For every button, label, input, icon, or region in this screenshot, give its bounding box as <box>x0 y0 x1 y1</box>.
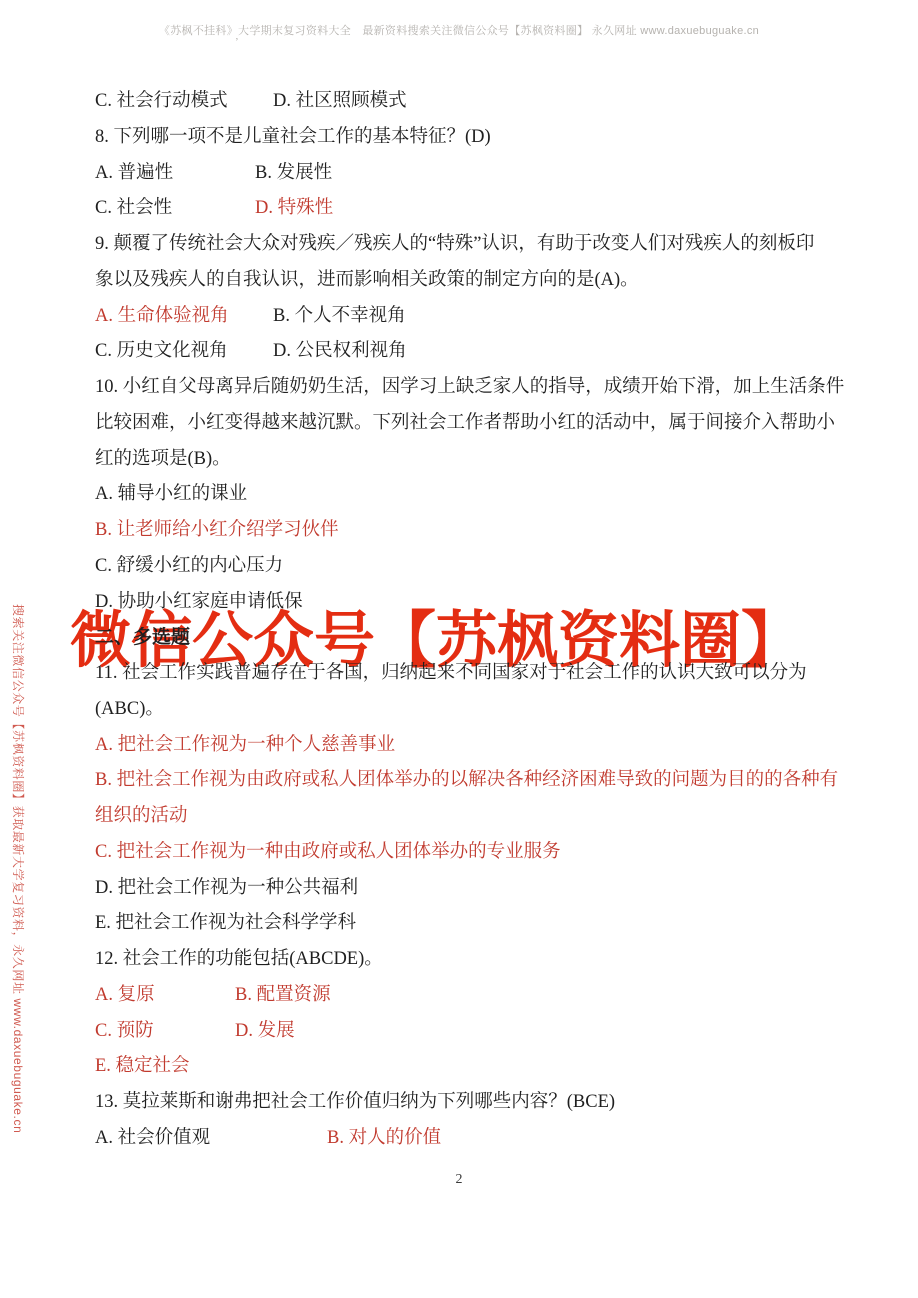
text-line: B. 把社会工作视为由政府或私人团体举办的以解决各种经济困难导致的问题为目的的各… <box>95 763 857 799</box>
text-segment: C. 舒缓小红的内心压力 <box>95 549 283 585</box>
text-segment: 红的选项是(B)。 <box>95 442 231 478</box>
text-line: C. 社会性D. 特殊性 <box>95 191 857 227</box>
text-line: 10. 小红自父母离异后随奶奶生活，因学习上缺乏家人的指导，成绩开始下滑，加上生… <box>95 370 857 406</box>
page-number: 2 <box>456 1172 463 1187</box>
side-watermark-note: 搜索关注微信公众号【苏枫资料圈】获取最新大学复习资料，永久网址 www.daxu… <box>10 604 27 1133</box>
text-segment: 11. 社会工作实践普遍存在于各国，归纳起来不同国家对于社会工作的认识大致可以分… <box>95 656 807 692</box>
text-segment: 12. 社会工作的功能包括(ABCDE)。 <box>95 942 383 978</box>
text-segment: 二、多选题 <box>95 620 190 656</box>
text-line: D. 协助小红家庭申请低保 <box>95 585 857 621</box>
text-segment: D. 社区照顾模式 <box>273 84 407 120</box>
text-line: 12. 社会工作的功能包括(ABCDE)。 <box>95 942 857 978</box>
text-line: D. 把社会工作视为一种公共福利 <box>95 871 857 907</box>
text-segment: D. 把社会工作视为一种公共福利 <box>95 871 358 907</box>
text-segment: A. 复原 <box>95 978 235 1014</box>
text-segment: C. 把社会工作视为一种由政府或私人团体举办的专业服务 <box>95 835 561 871</box>
text-line: 二、多选题 <box>95 620 857 656</box>
stray-mark: ’ <box>235 36 239 48</box>
text-segment: B. 发展性 <box>255 156 332 192</box>
text-segment: 8. 下列哪一项不是儿童社会工作的基本特征？(D) <box>95 120 491 156</box>
text-segment: 组织的活动 <box>95 799 188 835</box>
text-segment: E. 稳定社会 <box>95 1049 190 1085</box>
text-line: A. 生命体验视角B. 个人不幸视角 <box>95 299 857 335</box>
text-segment: B. 让老师给小红介绍学习伙伴 <box>95 513 339 549</box>
text-segment: D. 发展 <box>235 1014 295 1050</box>
text-segment: A. 社会价值观 <box>95 1121 327 1157</box>
text-line: C. 预防D. 发展 <box>95 1014 857 1050</box>
text-segment: C. 社会行动模式 <box>95 84 273 120</box>
text-line: 组织的活动 <box>95 799 857 835</box>
text-segment: D. 公民权利视角 <box>273 334 407 370</box>
text-segment: 比较困难，小红变得越来越沉默。下列社会工作者帮助小红的活动中，属于间接介入帮助小 <box>95 406 835 442</box>
text-line: 红的选项是(B)。 <box>95 442 857 478</box>
page-header: 《苏枫不挂科》大学期末复习资料大全 最新资料搜索关注微信公众号【苏枫资料圈】 永… <box>0 22 918 38</box>
text-line: E. 把社会工作视为社会科学学科 <box>95 906 857 942</box>
text-line: 11. 社会工作实践普遍存在于各国，归纳起来不同国家对于社会工作的认识大致可以分… <box>95 656 857 692</box>
text-segment: C. 历史文化视角 <box>95 334 273 370</box>
text-segment: E. 把社会工作视为社会科学学科 <box>95 906 356 942</box>
text-segment: 10. 小红自父母离异后随奶奶生活，因学习上缺乏家人的指导，成绩开始下滑，加上生… <box>95 370 844 406</box>
text-line: C. 历史文化视角D. 公民权利视角 <box>95 334 857 370</box>
text-line: 13. 莫拉莱斯和谢弗把社会工作价值归纳为下列哪些内容？(BCE) <box>95 1085 857 1121</box>
document-page: 《苏枫不挂科》大学期末复习资料大全 最新资料搜索关注微信公众号【苏枫资料圈】 永… <box>0 0 918 1298</box>
text-segment: A. 辅导小红的课业 <box>95 477 247 513</box>
text-line: E. 稳定社会 <box>95 1049 857 1085</box>
text-line: A. 复原B. 配置资源 <box>95 978 857 1014</box>
text-segment: B. 个人不幸视角 <box>273 299 406 335</box>
text-segment: A. 把社会工作视为一种个人慈善事业 <box>95 728 395 764</box>
text-segment: B. 把社会工作视为由政府或私人团体举办的以解决各种经济困难导致的问题为目的的各… <box>95 763 838 799</box>
text-segment: B. 配置资源 <box>235 978 331 1014</box>
text-segment: 9. 颠覆了传统社会大众对残疾／残疾人的“特殊”认识，有助于改变人们对残疾人的刻… <box>95 227 814 263</box>
text-segment: D. 特殊性 <box>255 191 333 227</box>
text-segment: A. 生命体验视角 <box>95 299 273 335</box>
text-segment: 象以及残疾人的自我认识，进而影响相关政策的制定方向的是(A)。 <box>95 263 639 299</box>
text-line: A. 把社会工作视为一种个人慈善事业 <box>95 728 857 764</box>
text-line: A. 辅导小红的课业 <box>95 477 857 513</box>
text-line: C. 社会行动模式D. 社区照顾模式 <box>95 84 857 120</box>
text-segment: A. 普遍性 <box>95 156 255 192</box>
text-segment: D. 协助小红家庭申请低保 <box>95 585 303 621</box>
text-line: 8. 下列哪一项不是儿童社会工作的基本特征？(D) <box>95 120 857 156</box>
text-line: (ABC)。 <box>95 692 857 728</box>
text-line: 象以及残疾人的自我认识，进而影响相关政策的制定方向的是(A)。 <box>95 263 857 299</box>
page-footer: 2 <box>0 1172 918 1188</box>
text-line: A. 社会价值观B. 对人的价值 <box>95 1121 857 1157</box>
text-segment: C. 社会性 <box>95 191 255 227</box>
text-segment: 13. 莫拉莱斯和谢弗把社会工作价值归纳为下列哪些内容？(BCE) <box>95 1085 615 1121</box>
text-line: C. 舒缓小红的内心压力 <box>95 549 857 585</box>
question-content: C. 社会行动模式D. 社区照顾模式8. 下列哪一项不是儿童社会工作的基本特征？… <box>95 84 857 1157</box>
text-segment: C. 预防 <box>95 1014 235 1050</box>
text-line: A. 普遍性B. 发展性 <box>95 156 857 192</box>
text-line: C. 把社会工作视为一种由政府或私人团体举办的专业服务 <box>95 835 857 871</box>
text-segment: B. 对人的价值 <box>327 1121 441 1157</box>
header-promo-text: 《苏枫不挂科》大学期末复习资料大全 最新资料搜索关注微信公众号【苏枫资料圈】 永… <box>159 25 759 37</box>
text-line: B. 让老师给小红介绍学习伙伴 <box>95 513 857 549</box>
text-segment: (ABC)。 <box>95 692 164 728</box>
text-line: 比较困难，小红变得越来越沉默。下列社会工作者帮助小红的活动中，属于间接介入帮助小 <box>95 406 857 442</box>
text-line: 9. 颠覆了传统社会大众对残疾／残疾人的“特殊”认识，有助于改变人们对残疾人的刻… <box>95 227 857 263</box>
